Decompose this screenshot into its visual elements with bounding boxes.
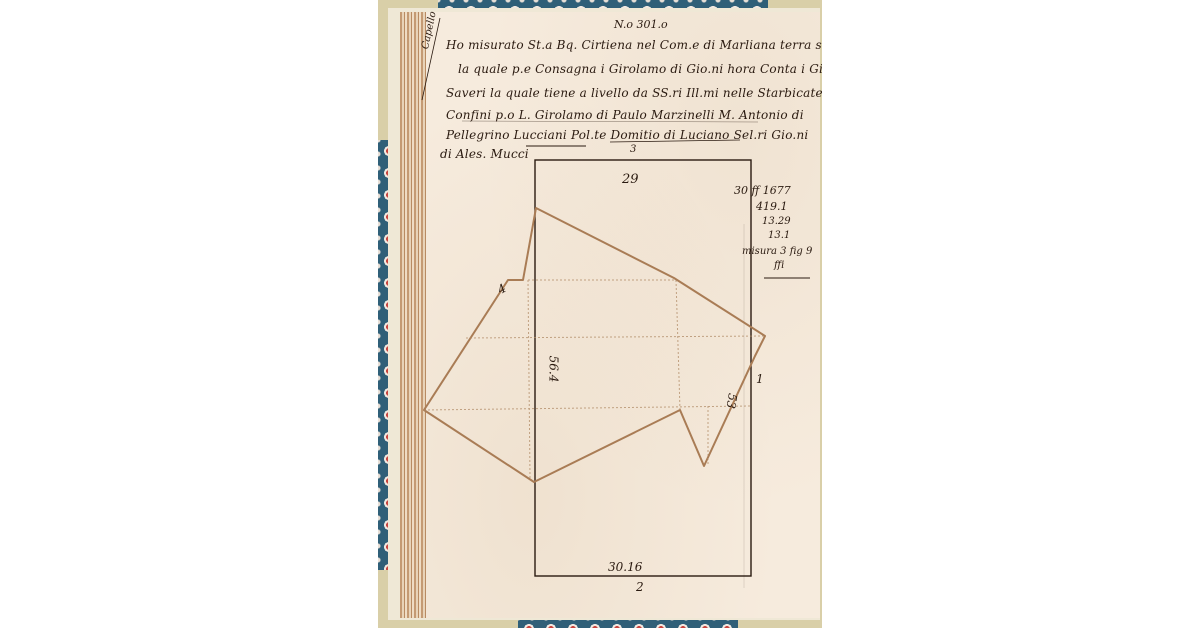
text-line: la quale p.e Consagna i Girolamo di Gio.… [458, 62, 822, 76]
plan-rectangle [535, 160, 751, 576]
text-line: Saveri la quale tiene a livello da SS.ri… [446, 86, 822, 100]
plan-label-left: 56.4 [546, 356, 560, 383]
plan-marker-top: 3 [630, 144, 636, 155]
plan-label-bottom: 30.16 [608, 560, 642, 574]
folio-number: N.o 301.o [614, 18, 668, 31]
text-line: Ho misurato St.a Bq. Cirtiena nel Com.e … [446, 38, 822, 52]
plan-label-top: 29 [622, 172, 639, 187]
text-line: Confini p.o L. Girolamo di Paulo Marzine… [446, 108, 804, 122]
construction-lines [424, 280, 765, 478]
plan-marker-bottom: 2 [636, 580, 644, 594]
text-line: Pellegrino Lucciani Pol.te Domitio di Lu… [446, 128, 808, 142]
parcel-outline [424, 208, 765, 482]
scanned-manuscript: N.o 301.o Capello Ho misurato St.a Bq. C… [378, 0, 822, 628]
plan-label-right: 53 [723, 392, 739, 409]
point-label-right: 1 [756, 372, 764, 386]
text-line: di Ales. Mucci [440, 147, 529, 161]
